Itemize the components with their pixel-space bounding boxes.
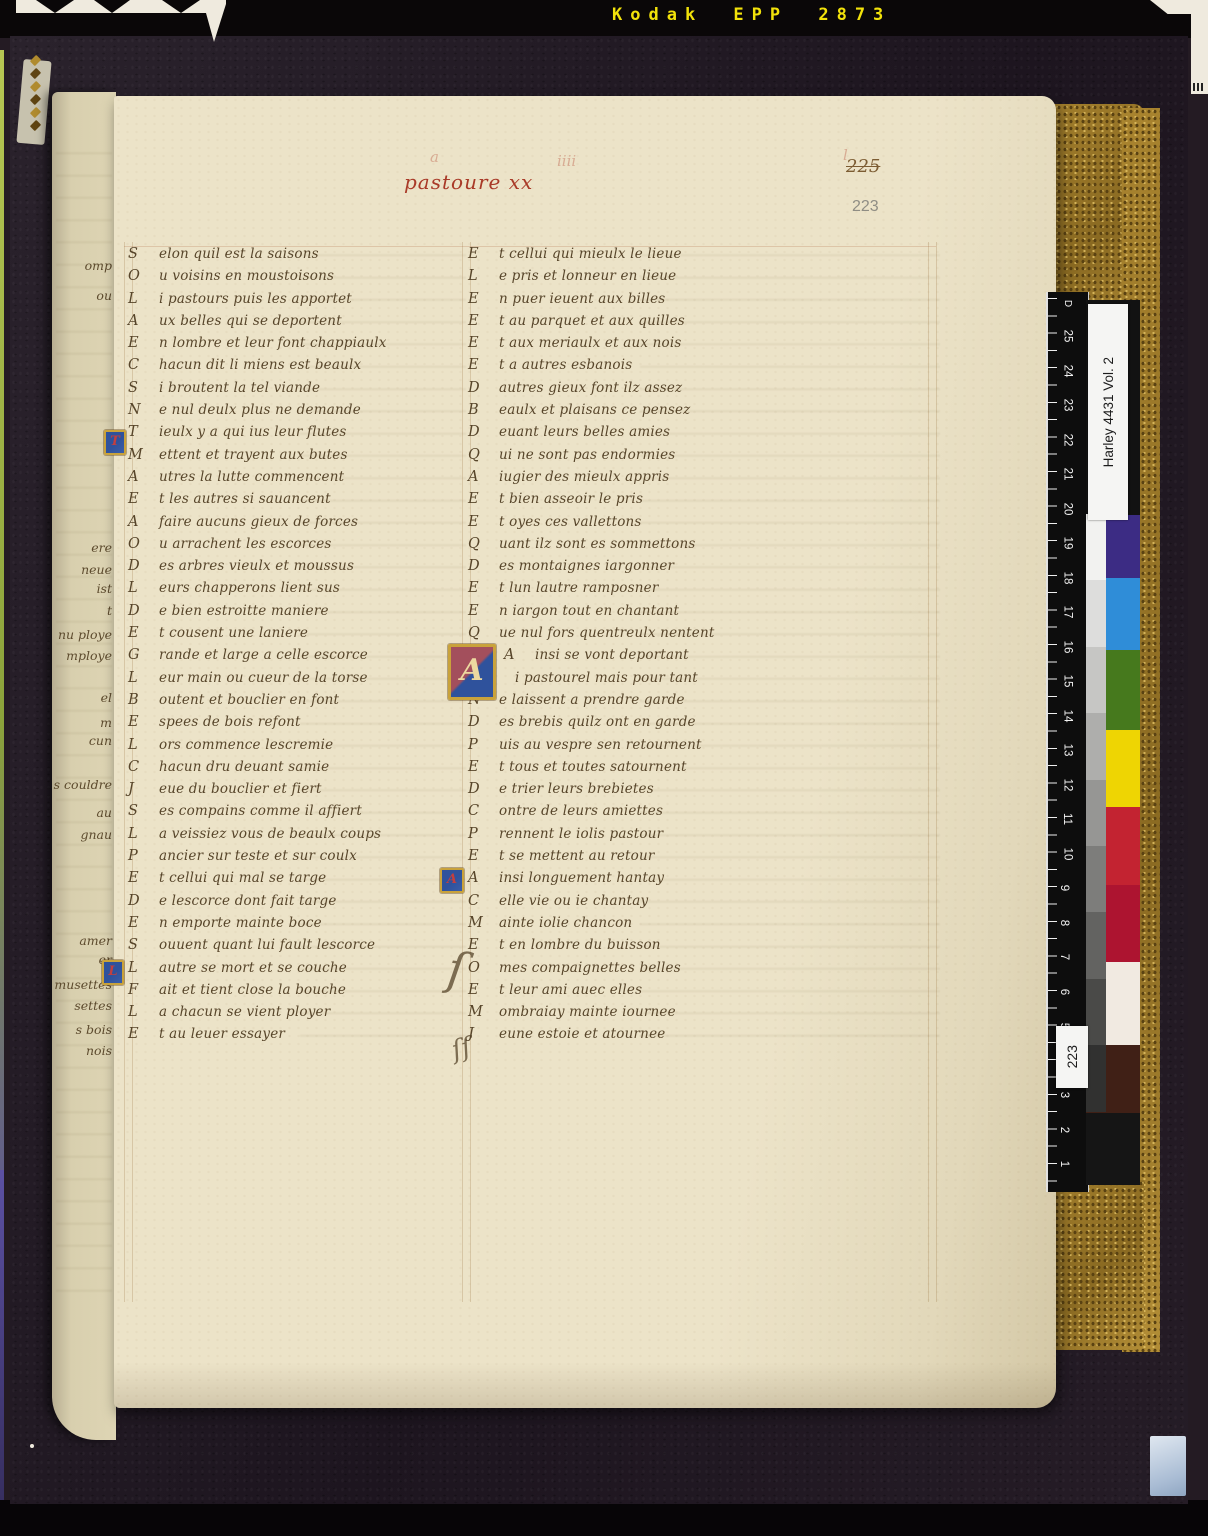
verse-text: es montaignes iargonner bbox=[499, 558, 674, 574]
gray-step bbox=[1086, 912, 1106, 978]
ruler-number: 12 bbox=[1061, 778, 1073, 791]
verse-line: Et lun lautre ramposner bbox=[468, 580, 834, 602]
verse-initial: D bbox=[128, 603, 150, 619]
verse-text: ettent et trayent aux butes bbox=[159, 447, 348, 463]
verse-line: Grande et large a celle escorce bbox=[128, 647, 494, 669]
grayscale-wedge bbox=[1086, 514, 1106, 1112]
ruler-number: 17 bbox=[1061, 606, 1073, 619]
folio-sticker: 223 bbox=[1056, 1026, 1088, 1088]
verse-line: En puer ieuent aux billes bbox=[468, 291, 834, 313]
verse-initial: M bbox=[468, 1004, 490, 1020]
verse-initial: Q bbox=[468, 447, 490, 463]
verse-line: Quant ilz sont es sommettons bbox=[468, 536, 834, 558]
verse-line: Autres la lutte commencent bbox=[128, 469, 494, 491]
verse-line: Afaire aucuns gieux de forces bbox=[128, 514, 494, 536]
verse-initial: E bbox=[468, 848, 490, 864]
verse-text: a veissiez vous de beaulx coups bbox=[159, 826, 381, 842]
gray-step bbox=[1086, 580, 1106, 646]
verse-initial: M bbox=[468, 915, 490, 931]
verse-text: n puer ieuent aux billes bbox=[499, 291, 665, 307]
verse-initial: L bbox=[468, 268, 490, 284]
verse-initial: A bbox=[128, 514, 150, 530]
verse-line: Ainsi se vont deportant bbox=[468, 647, 834, 669]
verse-line: En lombre et leur font chappiaulx bbox=[128, 335, 494, 357]
verse-column-right: Et cellui qui mieulx le lieueLe pris et … bbox=[468, 246, 834, 1049]
text-fragment: cun bbox=[89, 733, 112, 748]
reference-chip bbox=[1150, 1436, 1186, 1496]
verse-line: Pancier sur teste et sur coulx bbox=[128, 848, 494, 870]
verse-text: rennent le iolis pastour bbox=[499, 826, 663, 842]
running-title: pastoure xx bbox=[404, 170, 533, 194]
text-fragment: m bbox=[100, 715, 112, 730]
text-fragment: gnau bbox=[80, 827, 112, 842]
verse-text: i broutent la tel viande bbox=[159, 380, 320, 396]
verse-initial: E bbox=[468, 313, 490, 329]
verse-line: Jeue du bouclier et fiert bbox=[128, 781, 494, 803]
verse-initial: D bbox=[468, 558, 490, 574]
text-fragment: omp bbox=[85, 258, 112, 273]
verse-text: n emporte mainte boce bbox=[159, 915, 322, 931]
ruler-number: 3 bbox=[1058, 1092, 1070, 1098]
verse-text: autre se mort et se couche bbox=[159, 960, 347, 976]
verse-line: De bien estroitte maniere bbox=[128, 603, 494, 625]
verse-line: Ne laissent a prendre garde bbox=[468, 692, 834, 714]
gray-step bbox=[1086, 647, 1106, 713]
verse-line: Des brebis quilz ont en garde bbox=[468, 714, 834, 736]
text-fragment: s couldre bbox=[54, 777, 112, 792]
verse-initial: J bbox=[128, 781, 150, 797]
verse-text: ancier sur teste et sur coulx bbox=[159, 848, 357, 864]
verse-initial: P bbox=[468, 737, 490, 753]
verse-text: uant ilz sont es sommettons bbox=[499, 536, 696, 552]
verse-initial: L bbox=[128, 1004, 150, 1020]
verse-line: Ou voisins en moustoisons bbox=[128, 268, 494, 290]
verse-line: Chacun dit li miens est beaulx bbox=[128, 357, 494, 379]
ruler-number: 24 bbox=[1061, 364, 1073, 377]
ruler-number: 2 bbox=[1058, 1126, 1070, 1132]
verse-line: Deuant leurs belles amies bbox=[468, 424, 834, 446]
verse-text: t bien asseoir le pris bbox=[499, 491, 643, 507]
verse-line: Si broutent la tel viande bbox=[128, 380, 494, 402]
verse-text: eur main ou cueur de la torse bbox=[159, 670, 368, 686]
verse-text: elon quil est la saisons bbox=[159, 246, 319, 262]
ruling-line bbox=[124, 242, 125, 1302]
verse-text: ontre de leurs amiettes bbox=[499, 803, 663, 819]
verse-initial: O bbox=[128, 268, 150, 284]
illuminated-initial-L: L bbox=[102, 960, 124, 985]
manuscript-page: pastoure xx a iiii l 225 223 Selon quil … bbox=[114, 96, 1056, 1408]
verse-text: uis au vespre sen retournent bbox=[499, 737, 702, 753]
verse-line: Souuent quant lui fault lescorce bbox=[128, 937, 494, 959]
verse-line: Qui ne sont pas endormies bbox=[468, 447, 834, 469]
verse-initial: D bbox=[468, 380, 490, 396]
verse-column-left: Selon quil est la saisonsOu voisins en m… bbox=[128, 246, 494, 1049]
verse-text: t cellui qui mieulx le lieue bbox=[499, 246, 682, 262]
verse-initial: E bbox=[468, 759, 490, 775]
verse-text: autres gieux font ilz assez bbox=[499, 380, 682, 396]
verse-initial: E bbox=[468, 246, 490, 262]
verse-text: e pris et lonneur en lieue bbox=[499, 268, 676, 284]
verse-initial: B bbox=[128, 692, 150, 708]
showthrough-mark: a bbox=[430, 148, 439, 166]
verse-initial: P bbox=[468, 826, 490, 842]
verse-text: t les autres si sauancent bbox=[159, 491, 331, 507]
verse-initial: D bbox=[468, 781, 490, 797]
verse-text: e nul deulx plus ne demande bbox=[159, 402, 361, 418]
ruler-number: 11 bbox=[1061, 813, 1073, 825]
gray-step bbox=[1086, 846, 1106, 912]
verse-line: De trier leurs brebietes bbox=[468, 781, 834, 803]
verse-text: ouuent quant lui fault lescorce bbox=[159, 937, 375, 953]
verse-initial: D bbox=[468, 714, 490, 730]
verse-line: La chacun se vient ployer bbox=[128, 1004, 494, 1026]
ruler-number: 19 bbox=[1061, 537, 1073, 550]
verse-line: Et leur ami auec elles bbox=[468, 982, 834, 1004]
ruler-number: 15 bbox=[1061, 675, 1073, 688]
verse-text: insi longuement hantay bbox=[499, 870, 664, 886]
verse-initial: O bbox=[128, 536, 150, 552]
verse-line: Celle vie ou ie chantay bbox=[468, 893, 834, 915]
verse-initial: S bbox=[128, 937, 150, 953]
text-fragment: nu ploye bbox=[58, 627, 112, 642]
verse-text: eaulx et plaisans ce pensez bbox=[499, 402, 690, 418]
ruler-number: 23 bbox=[1061, 399, 1073, 412]
ruler-number: 6 bbox=[1058, 988, 1070, 994]
text-fragment: nois bbox=[86, 1043, 112, 1058]
gray-step bbox=[1086, 713, 1106, 779]
verse-line: Ses compains comme il affiert bbox=[128, 803, 494, 825]
facing-page-edge: ompouereneueisttnu ployemployeelmcuns co… bbox=[52, 92, 116, 1440]
verse-text: ui ne sont pas endormies bbox=[499, 447, 675, 463]
verse-line: Puis au vespre sen retournent bbox=[468, 737, 834, 759]
verse-initial: P bbox=[128, 848, 150, 864]
verse-text: a chacun se vient ployer bbox=[159, 1004, 330, 1020]
verse-initial: A bbox=[468, 870, 490, 886]
verse-line: Et en lombre du buisson bbox=[468, 937, 834, 959]
shelfmark-sticker: Harley 4431 Vol. 2 bbox=[1088, 304, 1128, 520]
verse-text: e lescorce dont fait targe bbox=[159, 893, 337, 909]
ruler-number: 25 bbox=[1061, 330, 1073, 343]
verse-line: Mombraiay mainte iournee bbox=[468, 1004, 834, 1026]
verse-initial: E bbox=[468, 335, 490, 351]
verse-initial: E bbox=[468, 603, 490, 619]
film-brand-label: Kodak EPP 2873 bbox=[612, 5, 891, 25]
verse-initial: C bbox=[468, 803, 490, 819]
verse-text: es arbres vieulx et moussus bbox=[159, 558, 354, 574]
illuminated-initial-T: T bbox=[104, 430, 126, 455]
verse-text: utres la lutte commencent bbox=[159, 469, 344, 485]
verse-line: Dautres gieux font ilz assez bbox=[468, 380, 834, 402]
text-fragment: t bbox=[107, 603, 112, 618]
verse-line: Ne nul deulx plus ne demande bbox=[128, 402, 494, 424]
verse-text: t se mettent au retour bbox=[499, 848, 655, 864]
gray-step bbox=[1086, 780, 1106, 846]
verse-text: e laissent a prendre garde bbox=[499, 692, 685, 708]
verse-initial: E bbox=[468, 357, 490, 373]
verse-line: Beaulx et plaisans ce pensez bbox=[468, 402, 834, 424]
ruler-number: 1 bbox=[1058, 1161, 1070, 1167]
ruler-number: 16 bbox=[1061, 640, 1073, 653]
verse-line: Et les autres si sauancent bbox=[128, 491, 494, 513]
verse-line: Contre de leurs amiettes bbox=[468, 803, 834, 825]
verse-text: hacun dit li miens est beaulx bbox=[159, 357, 361, 373]
verse-text: faire aucuns gieux de forces bbox=[159, 514, 358, 530]
verse-line: Aux belles qui se deportent bbox=[128, 313, 494, 335]
verse-text: mes compaignettes belles bbox=[499, 960, 681, 976]
gray-step bbox=[1086, 979, 1106, 1045]
verse-line: Et bien asseoir le pris bbox=[468, 491, 834, 513]
film-speck bbox=[30, 1444, 34, 1448]
verse-text: eue du bouclier et fiert bbox=[159, 781, 322, 797]
verse-text: t lun lautre ramposner bbox=[499, 580, 658, 596]
verse-initial: A bbox=[504, 647, 526, 663]
illuminated-initial-A-small: A bbox=[440, 868, 464, 893]
ruler-number: 10 bbox=[1061, 847, 1073, 860]
verse-line: Prennent le iolis pastour bbox=[468, 826, 834, 848]
verse-text: e bien estroitte maniere bbox=[159, 603, 329, 619]
verse-line: Et au leuer essayer bbox=[128, 1026, 494, 1048]
verse-line: Et oyes ces vallettons bbox=[468, 514, 834, 536]
verse-initial: J bbox=[468, 1026, 490, 1042]
verse-line: Jeune estoie et atournee bbox=[468, 1026, 834, 1048]
verse-line: La veissiez vous de beaulx coups bbox=[128, 826, 494, 848]
text-fragment: ist bbox=[97, 581, 112, 596]
folio-sticker-label: 223 bbox=[1064, 1045, 1080, 1068]
verse-initial: G bbox=[128, 647, 150, 663]
film-edge-right bbox=[1191, 0, 1208, 94]
verse-initial: E bbox=[468, 514, 490, 530]
text-fragment: au bbox=[96, 805, 112, 820]
verse-text: elle vie ou ie chantay bbox=[499, 893, 648, 909]
verse-line: Et se mettent au retour bbox=[468, 848, 834, 870]
film-fringe bbox=[0, 1170, 4, 1500]
ruler-number: 9 bbox=[1058, 885, 1070, 891]
ruler-number: 21 bbox=[1061, 468, 1073, 481]
verse-line: Fait et tient close la bouche bbox=[128, 982, 494, 1004]
verse-initial: Q bbox=[468, 625, 490, 641]
verse-initial: E bbox=[128, 870, 150, 886]
verse-line: En emporte mainte boce bbox=[128, 915, 494, 937]
verse-initial: E bbox=[128, 1026, 150, 1042]
verse-line: Et cousent une laniere bbox=[128, 625, 494, 647]
verse-initial: E bbox=[468, 580, 490, 596]
verse-line: Li pastourel mais pour tant bbox=[468, 670, 834, 692]
ruler-number: 22 bbox=[1061, 433, 1073, 446]
text-fragment: mploye bbox=[66, 648, 112, 663]
verse-text: ux belles qui se deportent bbox=[159, 313, 342, 329]
verse-initial: C bbox=[468, 893, 490, 909]
verse-initial: B bbox=[468, 402, 490, 418]
folio-number-pencil: 223 bbox=[852, 198, 879, 216]
ruler-number: 18 bbox=[1061, 571, 1073, 584]
verse-line: Que nul fors quentreulx nentent bbox=[468, 625, 834, 647]
verse-initial: C bbox=[128, 357, 150, 373]
text-fragment: el bbox=[101, 690, 112, 705]
verse-initial: L bbox=[128, 960, 150, 976]
text-fragment: settes bbox=[74, 998, 112, 1013]
verse-text: n lombre et leur font chappiaulx bbox=[159, 335, 387, 351]
verse-initial: E bbox=[128, 714, 150, 730]
verse-line: Et a autres esbanois bbox=[468, 357, 834, 379]
ruler-number: 14 bbox=[1061, 709, 1073, 722]
verse-text: t leur ami auec elles bbox=[499, 982, 642, 998]
verse-initial: S bbox=[128, 803, 150, 819]
gray-step bbox=[1086, 514, 1106, 580]
verse-text: t cousent une laniere bbox=[159, 625, 308, 641]
verse-line: Des montaignes iargonner bbox=[468, 558, 834, 580]
ruler-number: 13 bbox=[1061, 744, 1073, 757]
text-fragment: neue bbox=[81, 562, 112, 577]
verse-line: Li pastours puis les apportet bbox=[128, 291, 494, 313]
verse-line: En iargon tout en chantant bbox=[468, 603, 834, 625]
verse-text: ue nul fors quentreulx nentent bbox=[499, 625, 715, 641]
verse-text: hacun dru deuant samie bbox=[159, 759, 329, 775]
verse-text: t aux meriaulx et aux nois bbox=[499, 335, 682, 351]
verse-line: Omes compaignettes belles bbox=[468, 960, 834, 982]
verse-text: u voisins en moustoisons bbox=[159, 268, 334, 284]
ruler-top-label: D bbox=[1062, 300, 1073, 307]
verse-text: i pastours puis les apportet bbox=[159, 291, 352, 307]
verse-initial: O bbox=[468, 960, 490, 976]
verse-line: Le pris et lonneur en lieue bbox=[468, 268, 834, 290]
verse-initial: S bbox=[128, 246, 150, 262]
verse-initial: N bbox=[128, 402, 150, 418]
verse-initial: A bbox=[128, 469, 150, 485]
verse-text: t cellui qui mal se targe bbox=[159, 870, 326, 886]
verse-text: ait et tient close la bouche bbox=[159, 982, 346, 998]
film-fringe bbox=[0, 50, 4, 1170]
verse-line: Leur main ou cueur de la torse bbox=[128, 670, 494, 692]
verse-initial: C bbox=[128, 759, 150, 775]
verse-text: n iargon tout en chantant bbox=[499, 603, 679, 619]
color-patch-black-2 bbox=[1086, 1113, 1140, 1185]
verse-initial: E bbox=[468, 937, 490, 953]
verse-text: e trier leurs brebietes bbox=[499, 781, 654, 797]
verse-initial: E bbox=[468, 982, 490, 998]
verse-initial: L bbox=[128, 826, 150, 842]
verse-text: t oyes ces vallettons bbox=[499, 514, 642, 530]
ruler-number: 7 bbox=[1058, 954, 1070, 960]
verse-line: Mainte iolie chancon bbox=[468, 915, 834, 937]
folio-number-struck: 225 bbox=[846, 156, 880, 177]
ruler-number: 8 bbox=[1058, 919, 1070, 925]
verse-line: Boutent et bouclier en font bbox=[128, 692, 494, 714]
verse-initial: L bbox=[128, 580, 150, 596]
verse-text: eurs chapperons lient sus bbox=[159, 580, 340, 596]
verse-text: iugier des mieulx appris bbox=[499, 469, 669, 485]
verse-initial: D bbox=[128, 558, 150, 574]
text-fragment: ere bbox=[91, 540, 112, 555]
verse-text: outent et bouclier en font bbox=[159, 692, 339, 708]
verse-initial: E bbox=[128, 335, 150, 351]
showthrough-mark: iiii bbox=[557, 152, 576, 170]
verse-line: Chacun dru deuant samie bbox=[128, 759, 494, 781]
verse-line: Et tous et toutes satournent bbox=[468, 759, 834, 781]
illuminated-initial-A-large: A bbox=[448, 644, 496, 700]
verse-initial: Q bbox=[468, 536, 490, 552]
verse-text: u arrachent les escorces bbox=[159, 536, 332, 552]
verse-line: Mettent et trayent aux butes bbox=[128, 447, 494, 469]
verse-line: Et cellui qui mieulx le lieue bbox=[468, 246, 834, 268]
verse-text: spees de bois refont bbox=[159, 714, 301, 730]
verse-initial: F bbox=[128, 982, 150, 998]
text-fragment: s bois bbox=[76, 1022, 112, 1037]
verse-initial: E bbox=[128, 915, 150, 931]
verse-text: insi se vont deportant bbox=[535, 647, 689, 663]
verse-line: Ainsi longuement hantay bbox=[468, 870, 834, 892]
verse-line: Et aux meriaulx et aux nois bbox=[468, 335, 834, 357]
verse-initial: D bbox=[468, 424, 490, 440]
verse-initial: S bbox=[128, 380, 150, 396]
verse-text: ors commence lescremie bbox=[159, 737, 333, 753]
verse-line: Ou arrachent les escorces bbox=[128, 536, 494, 558]
verse-text: es compains comme il affiert bbox=[159, 803, 362, 819]
verse-text: ainte iolie chancon bbox=[499, 915, 632, 931]
verse-initial: A bbox=[128, 313, 150, 329]
verse-initial: D bbox=[128, 893, 150, 909]
verse-text: ombraiay mainte iournee bbox=[499, 1004, 676, 1020]
verse-line: Leurs chapperons lient sus bbox=[128, 580, 494, 602]
verse-initial: M bbox=[128, 447, 150, 463]
verse-text: t au parquet et aux quilles bbox=[499, 313, 685, 329]
verse-line: Espees de bois refont bbox=[128, 714, 494, 736]
film-corner-mark bbox=[1150, 0, 1194, 14]
verse-text: euant leurs belles amies bbox=[499, 424, 670, 440]
verse-line: Lors commence lescremie bbox=[128, 737, 494, 759]
verse-initial: L bbox=[128, 670, 150, 686]
verse-line: Des arbres vieulx et moussus bbox=[128, 558, 494, 580]
film-edge-mark bbox=[16, 0, 226, 44]
verse-text: t en lombre du buisson bbox=[499, 937, 661, 953]
shelfmark-label: Harley 4431 Vol. 2 bbox=[1101, 357, 1116, 467]
verse-text: t a autres esbanois bbox=[499, 357, 632, 373]
text-fragment: ou bbox=[96, 288, 112, 303]
verse-line: Aiugier des mieulx appris bbox=[468, 469, 834, 491]
verse-text: t au leuer essayer bbox=[159, 1026, 285, 1042]
verse-initial: E bbox=[468, 291, 490, 307]
verse-text: t tous et toutes satournent bbox=[499, 759, 687, 775]
verse-line: De lescorce dont fait targe bbox=[128, 893, 494, 915]
ruler-number: 20 bbox=[1061, 502, 1073, 515]
verse-initial: A bbox=[468, 469, 490, 485]
verse-initial: L bbox=[128, 291, 150, 307]
verse-initial: E bbox=[128, 625, 150, 641]
verse-initial: T bbox=[128, 424, 150, 440]
verse-initial: E bbox=[128, 491, 150, 507]
verse-text: i pastourel mais pour tant bbox=[515, 670, 698, 686]
photograph-frame: Kodak EPP 2873 ompouereneueisttnu ployem… bbox=[0, 0, 1208, 1536]
verse-text: ieulx y a qui ius leur flutes bbox=[159, 424, 347, 440]
verse-line: Lautre se mort et se couche bbox=[128, 960, 494, 982]
verse-line: Et au parquet et aux quilles bbox=[468, 313, 834, 335]
verse-initial: E bbox=[468, 491, 490, 507]
verse-text: es brebis quilz ont en garde bbox=[499, 714, 696, 730]
verse-initial: L bbox=[128, 737, 150, 753]
verse-text: eune estoie et atournee bbox=[499, 1026, 665, 1042]
gray-step bbox=[1086, 1045, 1106, 1111]
verse-line: Selon quil est la saisons bbox=[128, 246, 494, 268]
verse-line: Tieulx y a qui ius leur flutes bbox=[128, 424, 494, 446]
verse-text: rande et large a celle escorce bbox=[159, 647, 368, 663]
text-fragment: amer bbox=[79, 933, 112, 948]
